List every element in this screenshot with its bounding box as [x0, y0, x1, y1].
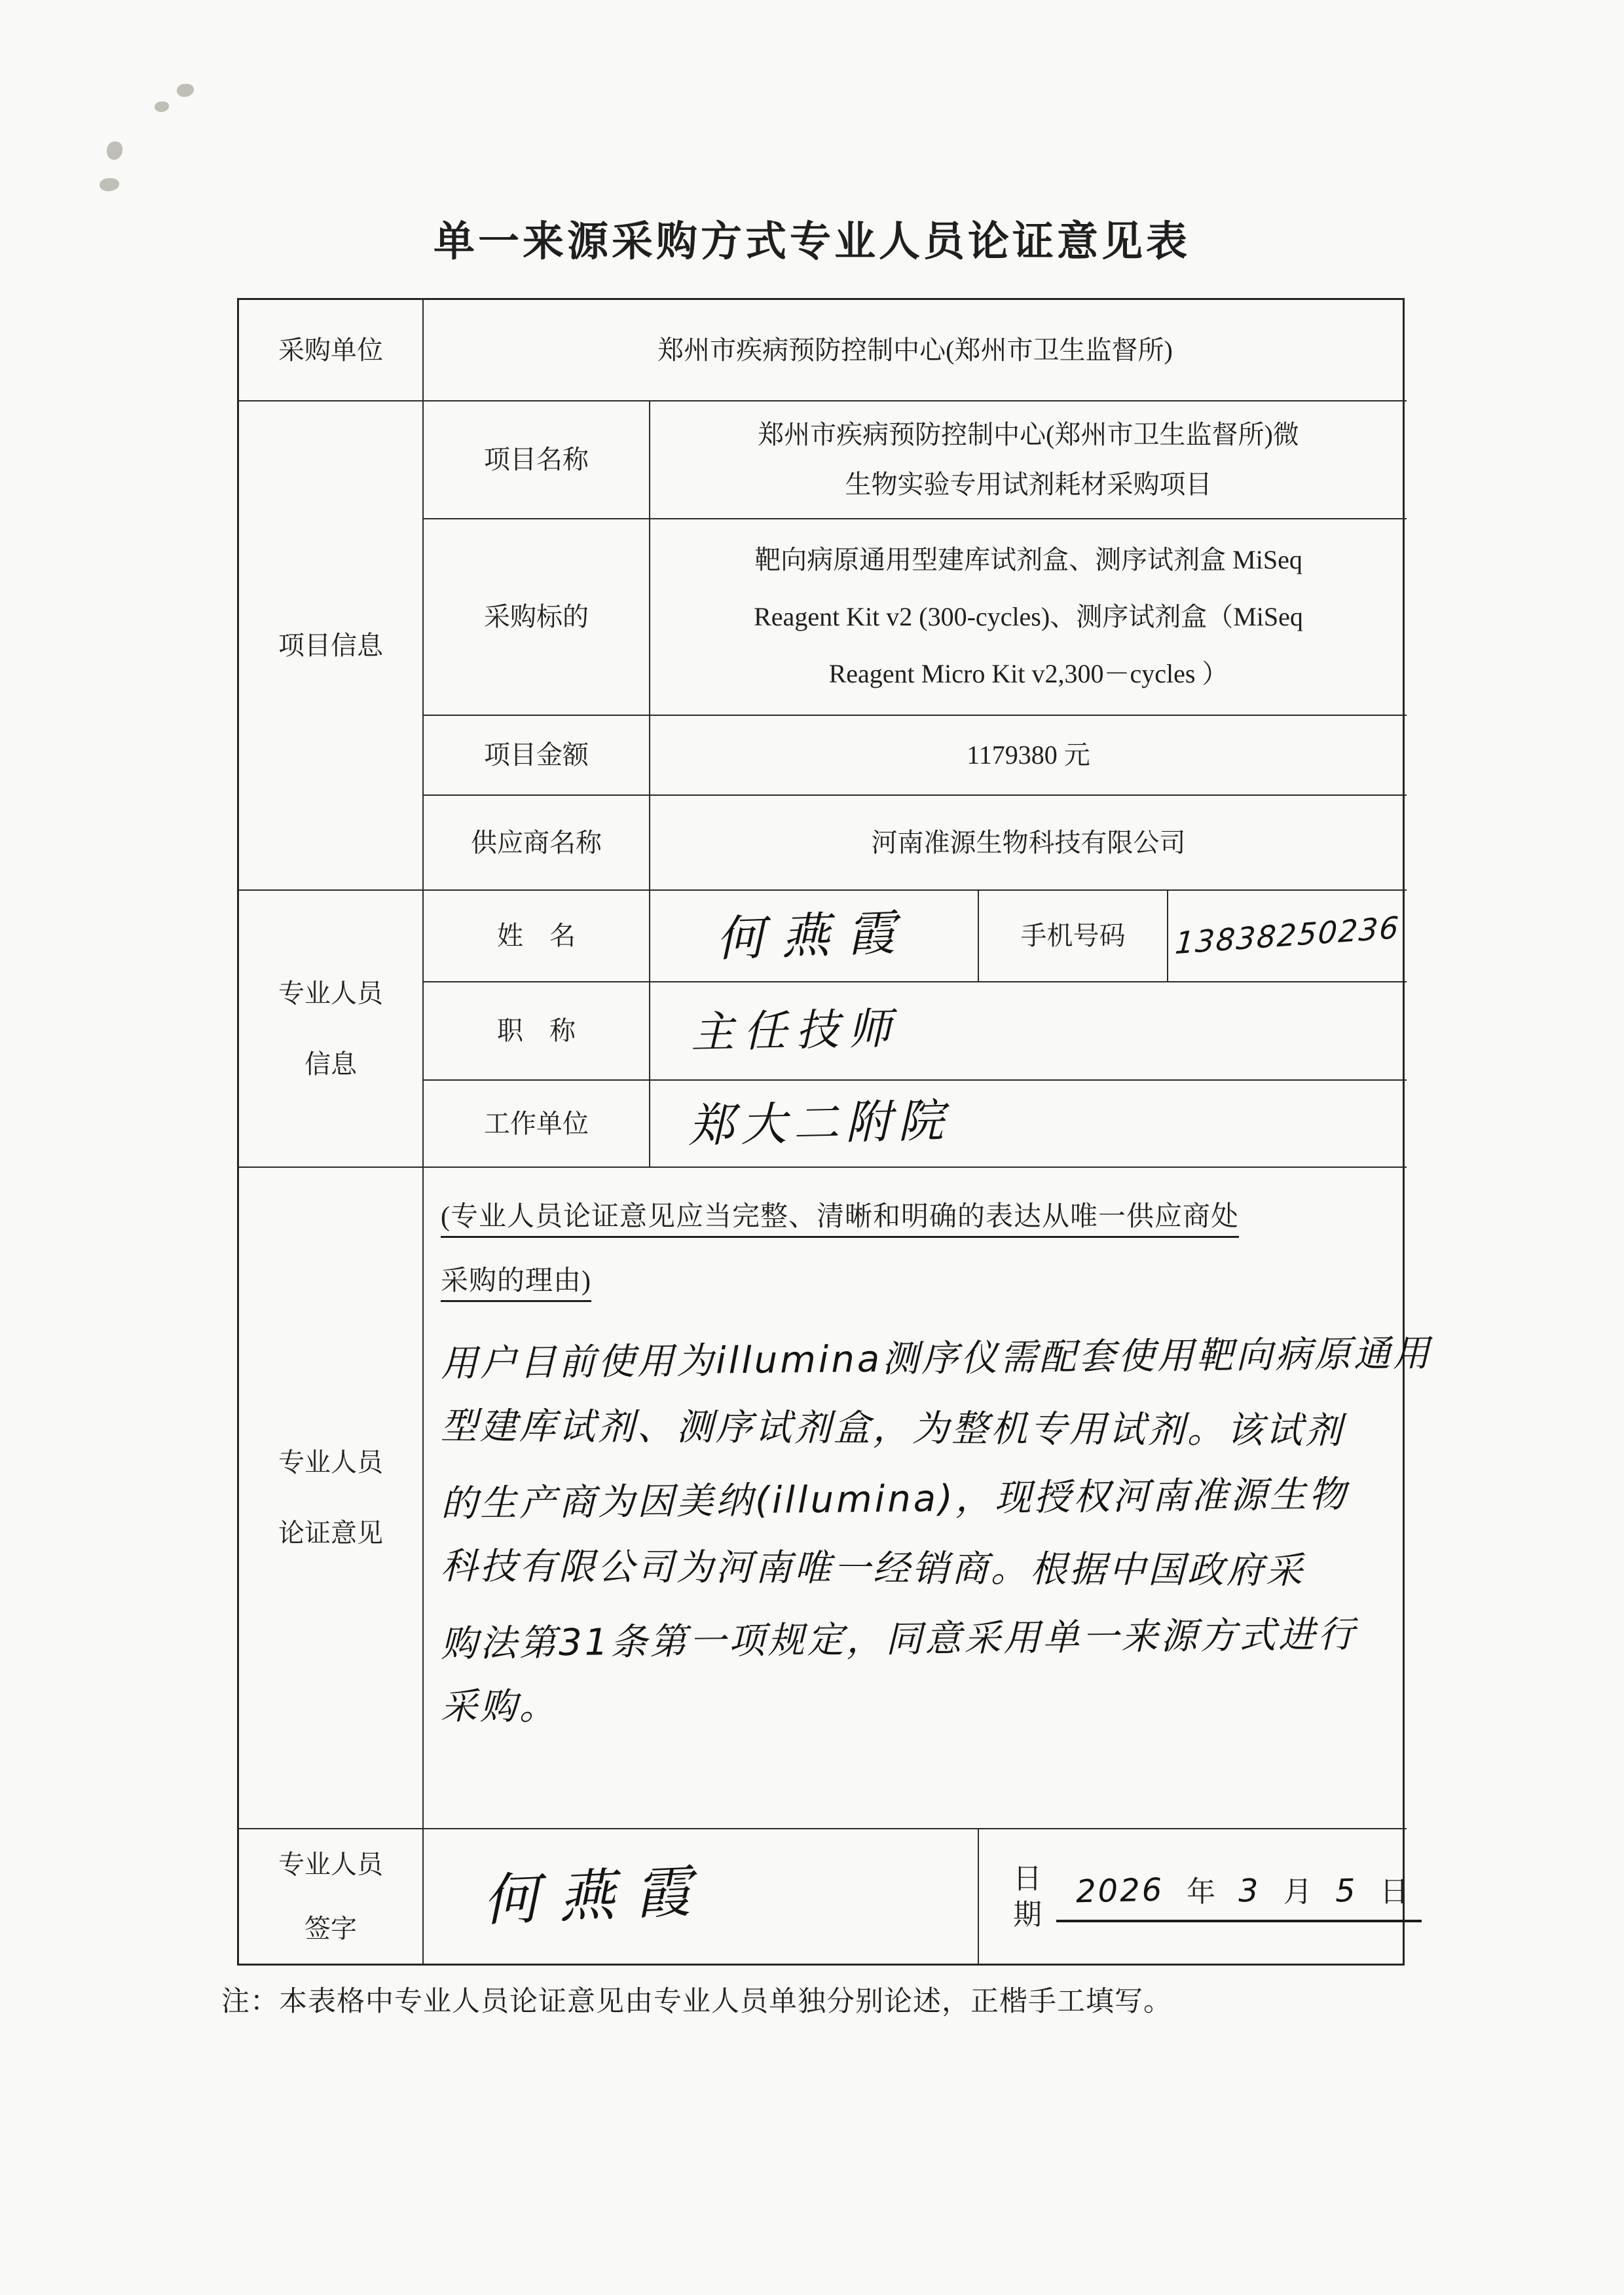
purchaser-label: 采购单位	[239, 300, 424, 401]
scan-speck	[100, 178, 119, 191]
opinion-handwriting-line: 的生产商为因美纳(illumina)，现授权河南准源生物	[440, 1459, 1432, 1539]
professional-info-label: 专业人员 信息	[239, 891, 424, 1168]
signature-label: 专业人员 签字	[239, 1829, 424, 1964]
project-name-label: 项目名称	[424, 401, 650, 519]
procurement-target-value: 靶向病原通用型建库试剂盒、测序试剂盒 MiSeq Reagent Kit v2 …	[650, 519, 1407, 716]
signature-label-line2: 签字	[304, 1912, 357, 1945]
signature-value-handwritten: 何燕霞	[424, 1829, 979, 1964]
job-title-handwriting: 主任技师	[690, 1001, 901, 1060]
date-filled-line: 2026 年 3 月 5 日	[1056, 1871, 1422, 1922]
job-title-label: 职 称	[424, 982, 650, 1081]
footnote: 注：本表格中专业人员论证意见由专业人员单独分别论述，正楷手工填写。	[221, 1979, 1466, 2019]
date-year-handwriting: 2026	[1075, 1870, 1164, 1911]
date-year-suffix: 年	[1187, 1874, 1215, 1910]
opinion-instruction-line1: (专业人员论证意见应当完整、清晰和明确的表达从唯一供应商处	[441, 1185, 1239, 1249]
date-month-suffix: 月	[1283, 1874, 1312, 1910]
purchaser-value: 郑州市疾病预防控制中心(郑州市卫生监督所)	[424, 300, 1407, 401]
opinion-content: (专业人员论证意见应当完整、清晰和明确的表达从唯一供应商处 采购的理由) 用户目…	[424, 1168, 1407, 1829]
supplier-name-value: 河南准源生物科技有限公司	[650, 796, 1407, 891]
project-name-line2: 生物实验专用试剂耗材采购项目	[845, 468, 1212, 501]
opinion-handwriting-line: 购法第31条第一项规定，同意采用单一来源方式进行	[440, 1599, 1432, 1679]
procurement-target-line2: Reagent Kit v2 (300-cycles)、测序试剂盒（MiSeq	[754, 601, 1303, 633]
name-label: 姓 名	[424, 891, 650, 982]
procurement-target-label: 采购标的	[424, 519, 650, 716]
procurement-target-line1: 靶向病原通用型建库试剂盒、测序试剂盒 MiSeq	[754, 544, 1302, 576]
procurement-opinion-form-table: 采购单位 郑州市疾病预防控制中心(郑州市卫生监督所) 项目信息 项目名称 郑州市…	[237, 298, 1405, 1966]
professional-info-label-line1: 专业人员	[278, 977, 383, 1010]
scan-speck	[177, 84, 194, 97]
date-month-handwriting: 3	[1238, 1871, 1261, 1911]
project-amount-value: 1179380 元	[650, 716, 1407, 796]
supplier-name-label: 供应商名称	[424, 796, 650, 891]
opinion-handwriting-line: 型建库试剂、测序试剂盒，为整机专用试剂。该试剂	[441, 1391, 1433, 1466]
opinion-handwriting-line: 科技有限公司为河南唯一经销商。根据中国政府采	[441, 1531, 1433, 1607]
professional-info-label-line2: 信息	[304, 1048, 357, 1081]
project-info-label: 项目信息	[239, 401, 424, 891]
opinion-label: 专业人员 论证意见	[239, 1168, 424, 1829]
phone-label: 手机号码	[979, 891, 1168, 982]
job-title-value-handwritten: 主任技师	[650, 982, 1407, 1081]
date-label: 日期	[1013, 1861, 1042, 1933]
phone-value-handwritten: 13838250236	[1168, 891, 1407, 982]
project-name-value: 郑州市疾病预防控制中心(郑州市卫生监督所)微 生物实验专用试剂耗材采购项目	[650, 401, 1407, 519]
date-day-handwriting: 5	[1335, 1871, 1357, 1911]
scan-speck	[107, 141, 122, 160]
work-unit-label: 工作单位	[424, 1081, 650, 1168]
phone-handwriting: 13838250236	[1173, 909, 1401, 963]
scan-speck	[155, 102, 169, 112]
opinion-instruction-line2: 采购的理由)	[441, 1249, 591, 1313]
project-name-line1: 郑州市疾病预防控制中心(郑州市卫生监督所)微	[758, 419, 1299, 451]
project-amount-label: 项目金额	[424, 716, 650, 796]
name-value-handwritten: 何燕霞	[650, 891, 979, 982]
opinion-label-line2: 论证意见	[278, 1517, 383, 1550]
page-title: 单一来源采购方式专业人员论证意见表	[0, 208, 1624, 268]
work-unit-handwriting: 郑大二附院	[688, 1092, 951, 1155]
signature-handwriting: 何燕霞	[481, 1856, 712, 1937]
procurement-target-line3: Reagent Micro Kit v2,300－cycles ）	[829, 658, 1228, 690]
work-unit-value-handwritten: 郑大二附院	[650, 1081, 1407, 1168]
date-cell: 日期 2026 年 3 月 5 日	[979, 1829, 1407, 1964]
name-handwriting: 何燕霞	[714, 903, 913, 970]
opinion-handwriting-line: 采购。	[441, 1671, 1433, 1747]
date-day-suffix: 日	[1380, 1874, 1409, 1910]
opinion-label-line1: 专业人员	[278, 1446, 383, 1479]
signature-label-line1: 专业人员	[278, 1848, 383, 1881]
opinion-handwriting-line: 用户目前使用为illumina测序仪需配套使用靶向病原通用	[440, 1318, 1432, 1399]
opinion-handwriting-block: 用户目前使用为illumina测序仪需配套使用靶向病原通用 型建库试剂、测序试剂…	[441, 1324, 1432, 1744]
